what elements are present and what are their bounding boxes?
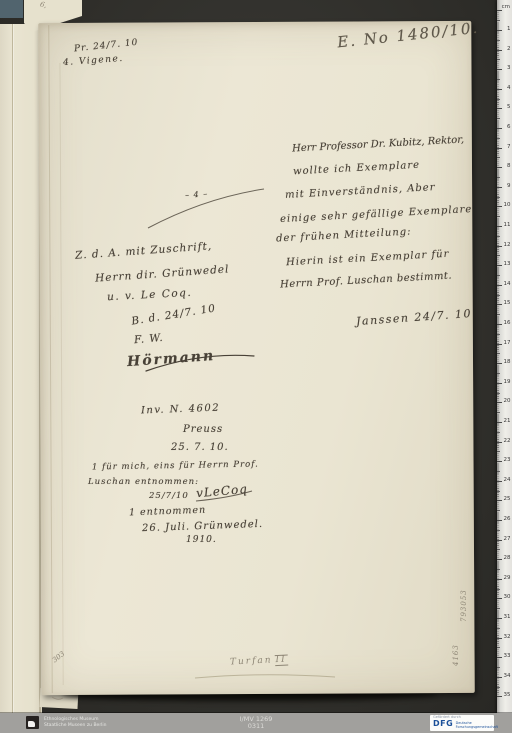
ruler-tick	[497, 128, 502, 129]
ruler-tick	[497, 618, 502, 619]
ruler-halftick	[497, 314, 500, 315]
ruler-tick	[497, 285, 502, 286]
routing-note-line: F. W.	[134, 332, 165, 347]
ruler-number: 8	[507, 164, 511, 170]
ruler-number: 34	[504, 674, 511, 680]
dfg-name-line2: Forschungsgemeinschaft	[456, 725, 498, 729]
ruler-number: 25	[504, 497, 511, 503]
ruler-tick	[497, 402, 502, 403]
ruler-number: 18	[504, 360, 511, 366]
ruler-halftick	[497, 687, 500, 688]
ruler-tick	[497, 304, 502, 305]
edge-number-lower: 4163	[452, 626, 460, 666]
ruler-number: 13	[504, 262, 511, 268]
ruler-number: 3	[507, 66, 511, 72]
paper-crease	[48, 25, 52, 693]
dfg-funding-badge: Gefördert durch DFG Deutsche Forschungsg…	[430, 715, 494, 731]
ruler-halftick	[497, 118, 500, 119]
ruler-number: 14	[504, 282, 511, 288]
ruler-tick	[497, 579, 502, 580]
ruler-tick	[497, 108, 502, 109]
ruler-tick	[497, 481, 502, 482]
ruler-number: 27	[504, 537, 511, 543]
ruler-halftick	[497, 647, 500, 648]
ruler-tick	[497, 442, 502, 443]
ruler-number: 7	[507, 145, 511, 151]
ruler-number: 21	[504, 419, 511, 425]
ruler-number: 20	[504, 399, 511, 405]
ruler-tick	[497, 30, 502, 31]
ruler-tick	[497, 89, 502, 90]
ruler-tick	[497, 344, 502, 345]
ruler-tick	[497, 167, 502, 168]
withdrawal-note-line: Luschan entnommen:	[88, 477, 199, 487]
ruler-halftick	[497, 197, 500, 198]
ruler-halftick	[497, 353, 500, 354]
ruler-tick	[497, 148, 502, 149]
ruler-halftick	[497, 393, 500, 394]
ruler-number: 33	[504, 654, 511, 660]
ruler-halftick	[497, 667, 500, 668]
ruler-halftick	[497, 40, 500, 41]
ruler-tick	[497, 265, 502, 266]
scanned-document-view: 6, E. No 1480/10. Pr. 24/7. 10 4. Vigene…	[0, 0, 512, 733]
ruler-halftick	[497, 451, 500, 452]
ruler-tick	[497, 461, 502, 462]
ruler-halftick	[497, 59, 500, 60]
ruler-number: 29	[504, 576, 511, 582]
ruler-tick	[497, 657, 502, 658]
ruler-halftick	[497, 628, 500, 629]
ruler-number: 26	[504, 517, 511, 523]
ruler-number: 11	[504, 223, 511, 229]
ruler-halftick	[497, 569, 500, 570]
ruler-halftick	[497, 608, 500, 609]
ruler-tick	[497, 559, 502, 560]
ruler-tick	[497, 598, 502, 599]
corner-blue-patch	[0, 0, 23, 18]
ruler-tick	[497, 10, 502, 11]
ruler-number: 2	[507, 47, 511, 53]
ruler-number: 17	[504, 341, 511, 347]
ruler-tick	[497, 226, 502, 227]
ruler-number: 15	[504, 301, 511, 307]
inventory-date: 25. 7. 10.	[171, 442, 229, 453]
ruler-number: 19	[504, 380, 511, 386]
ruler-tick	[497, 520, 502, 521]
ruler-number: 24	[504, 478, 511, 484]
ruler-halftick	[497, 157, 500, 158]
collection-label-numeral: II	[274, 654, 288, 666]
ruler-unit-label: cm	[502, 4, 510, 10]
ruler-halftick	[497, 510, 500, 511]
ruler-tick	[497, 500, 502, 501]
edge-number-upper: 793053	[460, 570, 468, 622]
ruler-halftick	[497, 549, 500, 550]
ruler-number: 4	[507, 86, 511, 92]
paper-crease	[12, 24, 13, 713]
ruler-halftick	[497, 373, 500, 374]
ruler-number: 30	[504, 595, 511, 601]
collection-label-text: Turfan	[230, 655, 273, 667]
ruler-halftick	[497, 432, 500, 433]
ruler-halftick	[497, 255, 500, 256]
ruler-number: 12	[504, 243, 511, 249]
ruler-number: 6	[507, 125, 511, 131]
ruler-tick	[497, 383, 502, 384]
footer-bar: Ethnologisches Museum Staatliche Museen …	[0, 713, 512, 733]
ruler-number: 5	[507, 105, 511, 111]
ruler-halftick	[497, 412, 500, 413]
ruler-number: 35	[504, 693, 511, 699]
ruler-number: 9	[507, 184, 511, 190]
ruler-number: 31	[504, 615, 511, 621]
ruler-halftick	[497, 530, 500, 531]
ruler-tick	[497, 206, 502, 207]
ruler-tick	[497, 422, 502, 423]
ruler-tick	[497, 363, 502, 364]
insert-mark: – 4 –	[185, 189, 209, 200]
ruler-number: 10	[504, 203, 511, 209]
ruler-number: 28	[504, 556, 511, 562]
document-page	[38, 21, 475, 695]
dfg-full-name: Deutsche Forschungsgemeinschaft	[456, 721, 498, 730]
ruler-halftick	[497, 236, 500, 237]
ruler-tick	[497, 50, 502, 51]
dfg-logo: DFG	[433, 720, 453, 728]
ruler-tick	[497, 540, 502, 541]
withdrawal-date: 25/7/10	[149, 491, 189, 501]
ruler-halftick	[497, 334, 500, 335]
ruler-tick	[497, 246, 502, 247]
ruler-number: 23	[504, 458, 511, 464]
ruler-halftick	[497, 295, 500, 296]
ruler-halftick	[497, 79, 500, 80]
ruler-number: 16	[504, 321, 511, 327]
ruler-tick	[497, 69, 502, 70]
ruler-halftick	[497, 99, 500, 100]
paper-crease	[59, 63, 63, 685]
ruler-tick	[497, 187, 502, 188]
ruler-halftick	[497, 471, 500, 472]
ruler-halftick	[497, 589, 500, 590]
ruler-tick	[497, 324, 502, 325]
ruler-halftick	[497, 216, 500, 217]
ruler-tick	[497, 638, 502, 639]
ruler-halftick	[497, 275, 500, 276]
ruler-number: 1	[507, 27, 511, 33]
ruler-tick	[497, 677, 502, 678]
ruler-halftick	[497, 491, 500, 492]
inventory-line: Preuss	[183, 424, 223, 435]
ruler-halftick	[497, 138, 500, 139]
ruler-number: 22	[504, 439, 511, 445]
page-stack-edge	[0, 24, 42, 713]
ruler-halftick	[497, 177, 500, 178]
year-note: 1910.	[186, 535, 217, 545]
ruler-tick	[497, 696, 502, 697]
ruler-halftick	[497, 20, 500, 21]
ruler: cm 1234567891011121314151617181920212223…	[497, 0, 512, 713]
ruler-number: 32	[504, 635, 511, 641]
